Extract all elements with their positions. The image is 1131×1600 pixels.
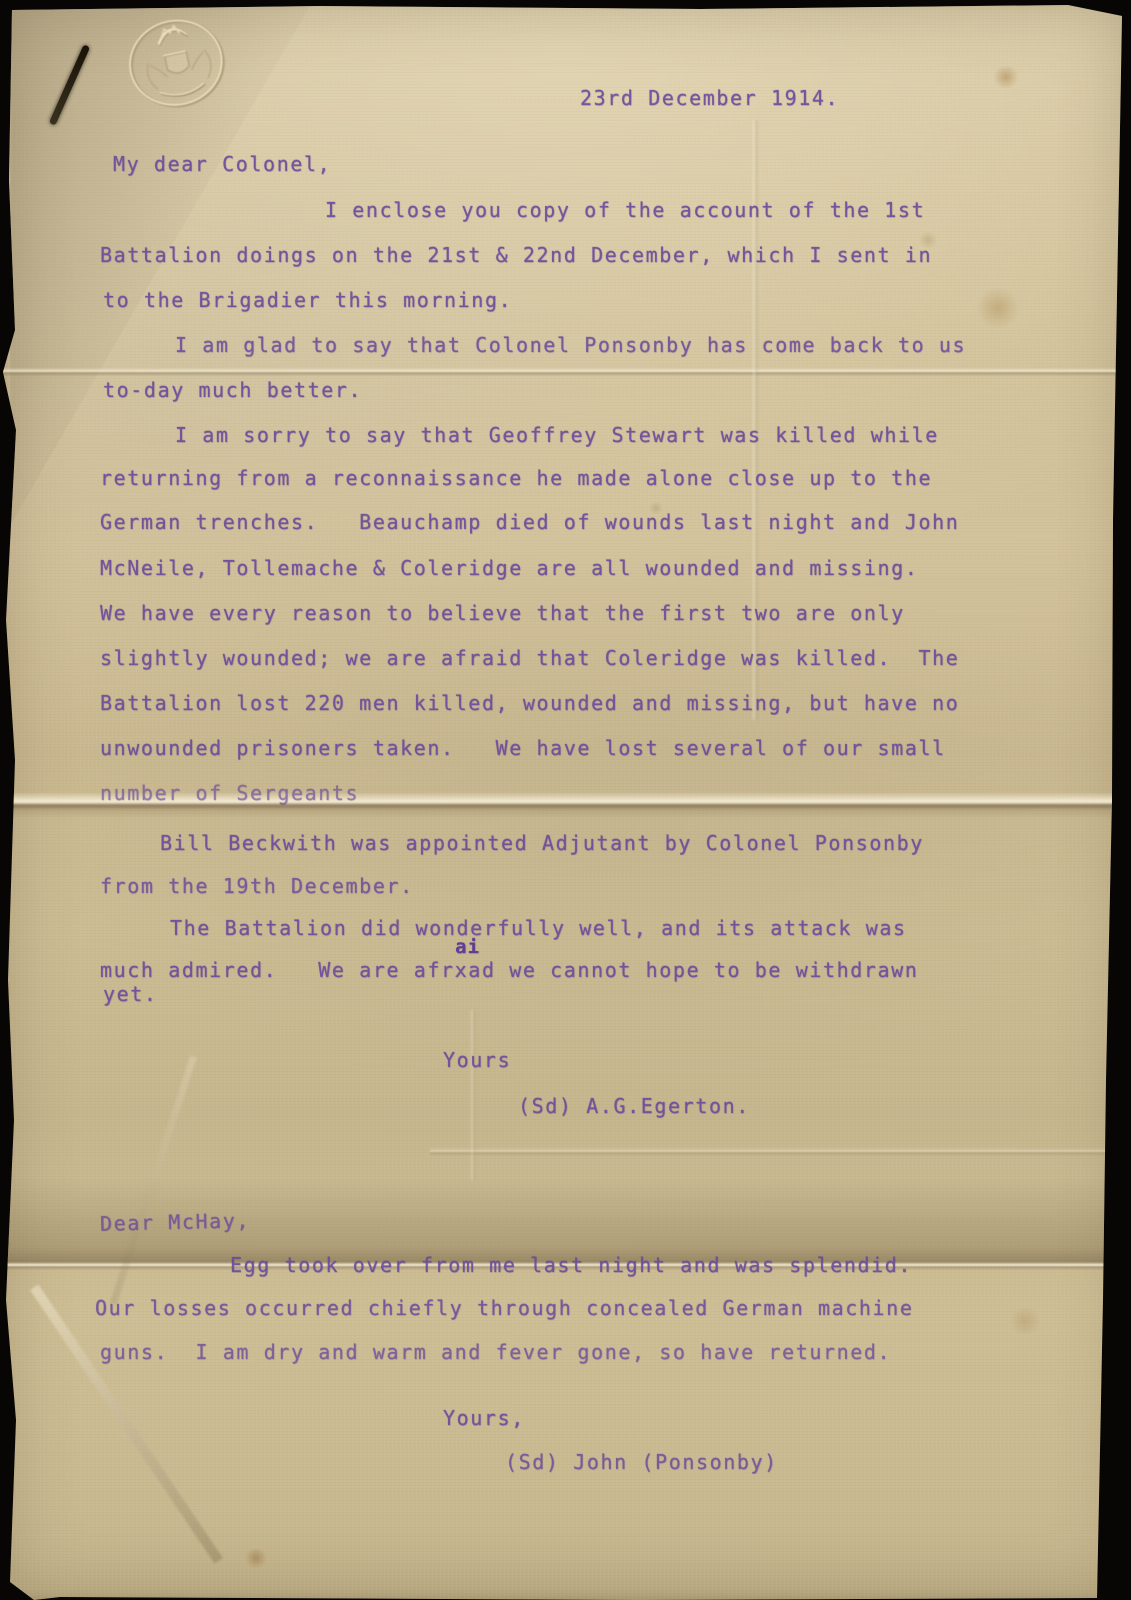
salutation: Dear McHay,: [100, 1208, 251, 1235]
embossed-crest-icon: [101, 0, 253, 125]
letter-line: returning from a reconnaissance he made …: [100, 466, 932, 490]
letter-line: I am glad to say that Colonel Ponsonby h…: [175, 333, 966, 357]
vertical-crease-mid: [470, 1010, 476, 1180]
letter-line: from the 19th December.: [100, 874, 414, 898]
letter-line: to the Brigadier this morning.: [103, 288, 512, 312]
date-line: 23rd December 1914.: [580, 86, 839, 110]
letter-line: Bill Beckwith was appointed Adjutant by …: [160, 831, 924, 855]
letter-line: Our losses occurred chiefly through conc…: [95, 1296, 913, 1320]
pin-mark: [49, 44, 90, 125]
letter-line: McNeile, Tollemache & Coleridge are all …: [100, 556, 918, 580]
diagonal-crease-left: [110, 1055, 197, 1304]
letter-line: yet.: [103, 982, 158, 1006]
letter-line: unwounded prisoners taken. We have lost …: [100, 736, 946, 760]
letter-line: guns. I am dry and warm and fever gone, …: [100, 1340, 891, 1364]
stain-spot: [244, 1548, 268, 1568]
letter-line: Egg took over from me last night and was…: [230, 1253, 912, 1277]
salutation: My dear Colonel,: [113, 152, 331, 176]
letter-line: The Battalion did wonderfully well, and …: [170, 916, 907, 940]
typed-correction: ai: [455, 936, 480, 958]
closing: Yours: [443, 1048, 511, 1072]
signature: (Sd) A.G.Egerton.: [518, 1094, 750, 1118]
letter-line: to-day much better.: [103, 378, 362, 402]
letter-line: I am sorry to say that Geoffrey Stewart …: [175, 423, 939, 447]
closing: Yours,: [443, 1406, 525, 1430]
stain-spot: [975, 288, 1021, 328]
letter-line: Battalion doings on the 21st & 22nd Dece…: [100, 243, 932, 267]
stain-spot: [992, 66, 1020, 88]
letter-line: slightly wounded; we are afraid that Col…: [100, 646, 959, 670]
scanned-letter-page: { "document": { "kind": "Typewritten let…: [0, 0, 1131, 1600]
signature: (Sd) John (Ponsonby): [505, 1450, 778, 1474]
diagonal-crease-bottom-left: [30, 1284, 223, 1563]
letter-line: German trenches. Beauchamp died of wound…: [100, 510, 959, 534]
letter-line: number of Sergeants: [100, 781, 359, 805]
letter-paper: 23rd December 1914. My dear Colonel, I e…: [0, 0, 1131, 1600]
fold-crease-upper: [0, 368, 1131, 376]
stain-spot: [1008, 1308, 1042, 1334]
letter-line: Battalion lost 220 men killed, wounded a…: [100, 691, 959, 715]
letter-line: much admired. We are afrxad we cannot ho…: [100, 958, 918, 982]
minor-crease: [430, 1148, 1130, 1156]
letter-line: I enclose you copy of the account of the…: [325, 198, 925, 222]
letter-line: We have every reason to believe that the…: [100, 601, 905, 625]
